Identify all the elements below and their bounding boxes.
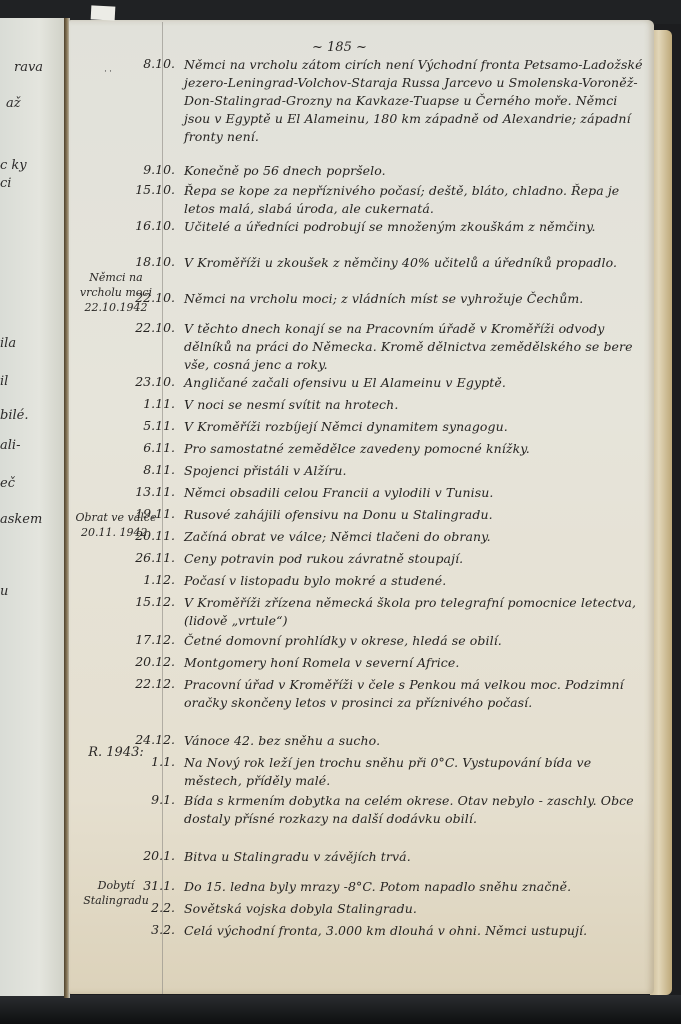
- background-bottom: [0, 995, 681, 1024]
- entry-text: Rusové zahájili ofensivu na Donu u Stali…: [184, 506, 646, 524]
- left-page: rava až c ky ci ila il bilé. ali- eč ask…: [0, 18, 68, 996]
- entry-date: 13.11.: [120, 484, 175, 499]
- entry-date: 31.1.: [120, 878, 175, 893]
- entry-text: V Kroměříži rozbíjejí Němci dynamitem sy…: [184, 418, 646, 436]
- entry-text: Učitelé a úředníci podrobují se množeným…: [184, 218, 646, 236]
- left-page-fragment: askem: [0, 512, 42, 527]
- entry-date: 20.11.: [120, 528, 175, 543]
- entry-date: 8.11.: [120, 462, 175, 477]
- entry-text: Němci na vrcholu zátom cirích není Výcho…: [184, 56, 646, 146]
- entry-text: V noci se nesmí svítit na hrotech.: [184, 396, 646, 414]
- entry-text: Němci na vrcholu moci; z vládních míst s…: [184, 290, 646, 308]
- left-page-fragment: eč: [0, 476, 15, 491]
- entry-text: Bída s krmením dobytka na celém okrese. …: [184, 792, 646, 828]
- left-page-fragment: až: [6, 96, 21, 111]
- entry-date: 1.11.: [120, 396, 175, 411]
- scanned-book-spread: rava až c ky ci ila il bilé. ali- eč ask…: [0, 0, 681, 1024]
- left-page-fragment: il: [0, 374, 8, 389]
- entry-date: 15.10.: [120, 182, 175, 197]
- entry-date: 1.12.: [120, 572, 175, 587]
- entry-date: 5.11.: [120, 418, 175, 433]
- entry-date: 23.10.: [120, 374, 175, 389]
- entry-text: Začíná obrat ve válce; Němci tlačeni do …: [184, 528, 646, 546]
- entry-text: Ceny potravin pod rukou závratně stoupaj…: [184, 550, 646, 568]
- left-page-fragment: ila: [0, 336, 16, 351]
- entry-date: 22.10.: [120, 320, 175, 335]
- entry-date: 24.12.: [120, 732, 175, 747]
- entry-text: V těchto dnech konají se na Pracovním úř…: [184, 320, 646, 374]
- entry-date: 2.2.: [120, 900, 175, 915]
- entry-text: Celá východní fronta, 3.000 km dlouhá v …: [184, 922, 646, 940]
- left-page-fragment: rava: [14, 60, 43, 75]
- entry-date: 26.11.: [120, 550, 175, 565]
- left-page-fragment: u: [0, 584, 8, 599]
- entry-text: V Kroměříži u zkoušek z němčiny 40% učit…: [184, 254, 646, 272]
- entry-date: 3.2.: [120, 922, 175, 937]
- page-number: ~ 185 ~: [312, 40, 367, 55]
- entry-text: Angličané začali ofensivu u El Alameinu …: [184, 374, 646, 392]
- entry-date: 1.1.: [120, 754, 175, 769]
- entry-date: 16.10.: [120, 218, 175, 233]
- bookmark-tab: [91, 5, 116, 20]
- entry-date: 6.11.: [120, 440, 175, 455]
- ink-dots: ˙˙: [103, 70, 113, 81]
- entry-date: 9.1.: [120, 792, 175, 807]
- entry-date: 22.10.: [120, 290, 175, 305]
- left-page-fragment: ali-: [0, 438, 20, 453]
- entry-text: Bitva u Stalingradu v závějích trvá.: [184, 848, 646, 866]
- entry-text: Spojenci přistáli v Alžíru.: [184, 462, 646, 480]
- entry-date: 22.12.: [120, 676, 175, 691]
- entry-text: Montgomery honí Romela v severní Africe.: [184, 654, 646, 672]
- entry-text: V Kroměříži zřízena německá škola pro te…: [184, 594, 646, 630]
- entry-date: 9.10.: [120, 162, 175, 177]
- entry-date: 20.1.: [120, 848, 175, 863]
- entry-text: Pracovní úřad v Kroměříži v čele s Penko…: [184, 676, 646, 712]
- entry-text: Četné domovní prohlídky v okrese, hledá …: [184, 632, 646, 650]
- entry-text: Řepa se kope za nepříznivého počasí; deš…: [184, 182, 646, 218]
- entry-text: Němci obsadili celou Francii a vylodili …: [184, 484, 646, 502]
- entry-text: Na Nový rok leží jen trochu sněhu při 0°…: [184, 754, 646, 790]
- left-page-fragment: ci: [0, 176, 11, 191]
- entry-date: 20.12.: [120, 654, 175, 669]
- entry-text: Sovětská vojska dobyla Stalingradu.: [184, 900, 646, 918]
- entry-text: Pro samostatné zemědělce zavedeny pomocn…: [184, 440, 646, 458]
- entry-date: 17.12.: [120, 632, 175, 647]
- entry-date: 15.12.: [120, 594, 175, 609]
- left-page-fragment: bilé.: [0, 408, 28, 423]
- entry-text: Konečně po 56 dnech popršelo.: [184, 162, 646, 180]
- entry-text: Vánoce 42. bez sněhu a sucho.: [184, 732, 646, 750]
- entry-text: Počasí v listopadu bylo mokré a studené.: [184, 572, 646, 590]
- entry-text: Do 15. ledna byly mrazy -8°C. Potom napa…: [184, 878, 646, 896]
- left-page-fragment: c ky: [0, 158, 27, 173]
- entry-date: 18.10.: [120, 254, 175, 269]
- entry-date: 19.11.: [120, 506, 175, 521]
- entry-date: 8.10.: [120, 56, 175, 71]
